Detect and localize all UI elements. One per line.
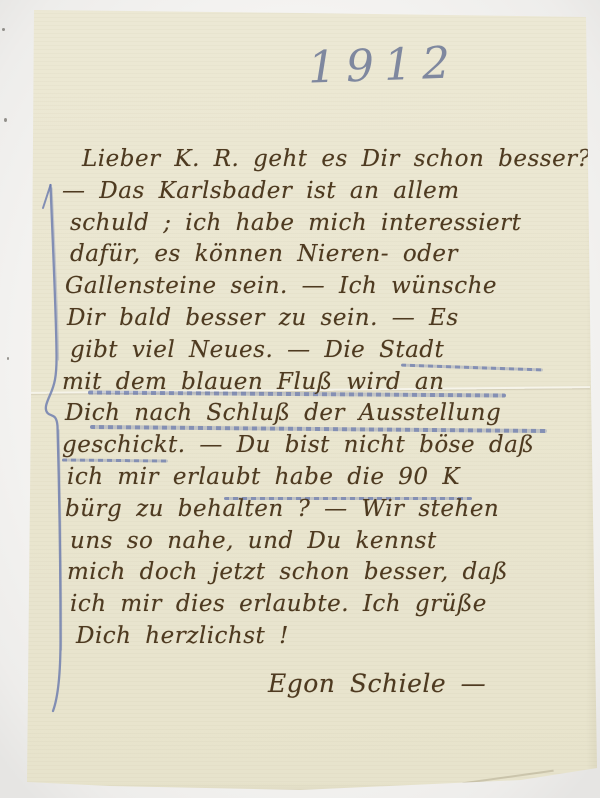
letter-line-14: mich doch jetzt schon besser, daß xyxy=(62,557,562,589)
letter-body: Lieber K. R. geht es Dir schon besser? —… xyxy=(62,144,562,700)
signature: Egon Schiele — xyxy=(62,668,562,700)
letter-paper: 1912 Lieber K. R. geht es Dir schon bess… xyxy=(0,0,600,798)
letter-line-4: dafür, es können Nieren- oder xyxy=(62,239,562,271)
dust-speck xyxy=(7,357,9,360)
letter-line-7: gibt viel Neues. — Die Stadt xyxy=(62,335,562,367)
letter-line-3: schuld ; ich habe mich interessiert xyxy=(62,208,562,240)
letter-line-9: Dich nach Schluß der Ausstellung xyxy=(62,398,562,430)
letter-line-6: Dir bald besser zu sein. — Es xyxy=(62,303,562,335)
letter-line-13: uns so nahe, und Du kennst xyxy=(62,526,562,558)
letter-line-15: ich mir dies erlaubte. Ich grüße xyxy=(62,589,562,621)
letter-line-16: Dich herzlichst ! xyxy=(62,621,562,653)
letter-line-10: geschickt. — Du bist nicht böse daß xyxy=(62,430,562,462)
photo-backdrop: 1912 Lieber K. R. geht es Dir schon bess… xyxy=(0,0,600,798)
letter-line-12: bürg zu behalten ? — Wir stehen xyxy=(62,494,562,526)
letter-line-5: Gallensteine sein. — Ich wünsche xyxy=(62,271,562,303)
letter-line-11: ich mir erlaubt habe die 90 K xyxy=(62,462,562,494)
letter-line-1: Lieber K. R. geht es Dir schon besser? xyxy=(62,144,562,176)
dust-speck xyxy=(2,28,5,31)
letter-line-2: — Das Karlsbader ist an allem xyxy=(62,176,562,208)
dust-speck xyxy=(4,118,7,122)
letter-line-8: mit dem blauen Fluß wird an xyxy=(62,367,562,399)
